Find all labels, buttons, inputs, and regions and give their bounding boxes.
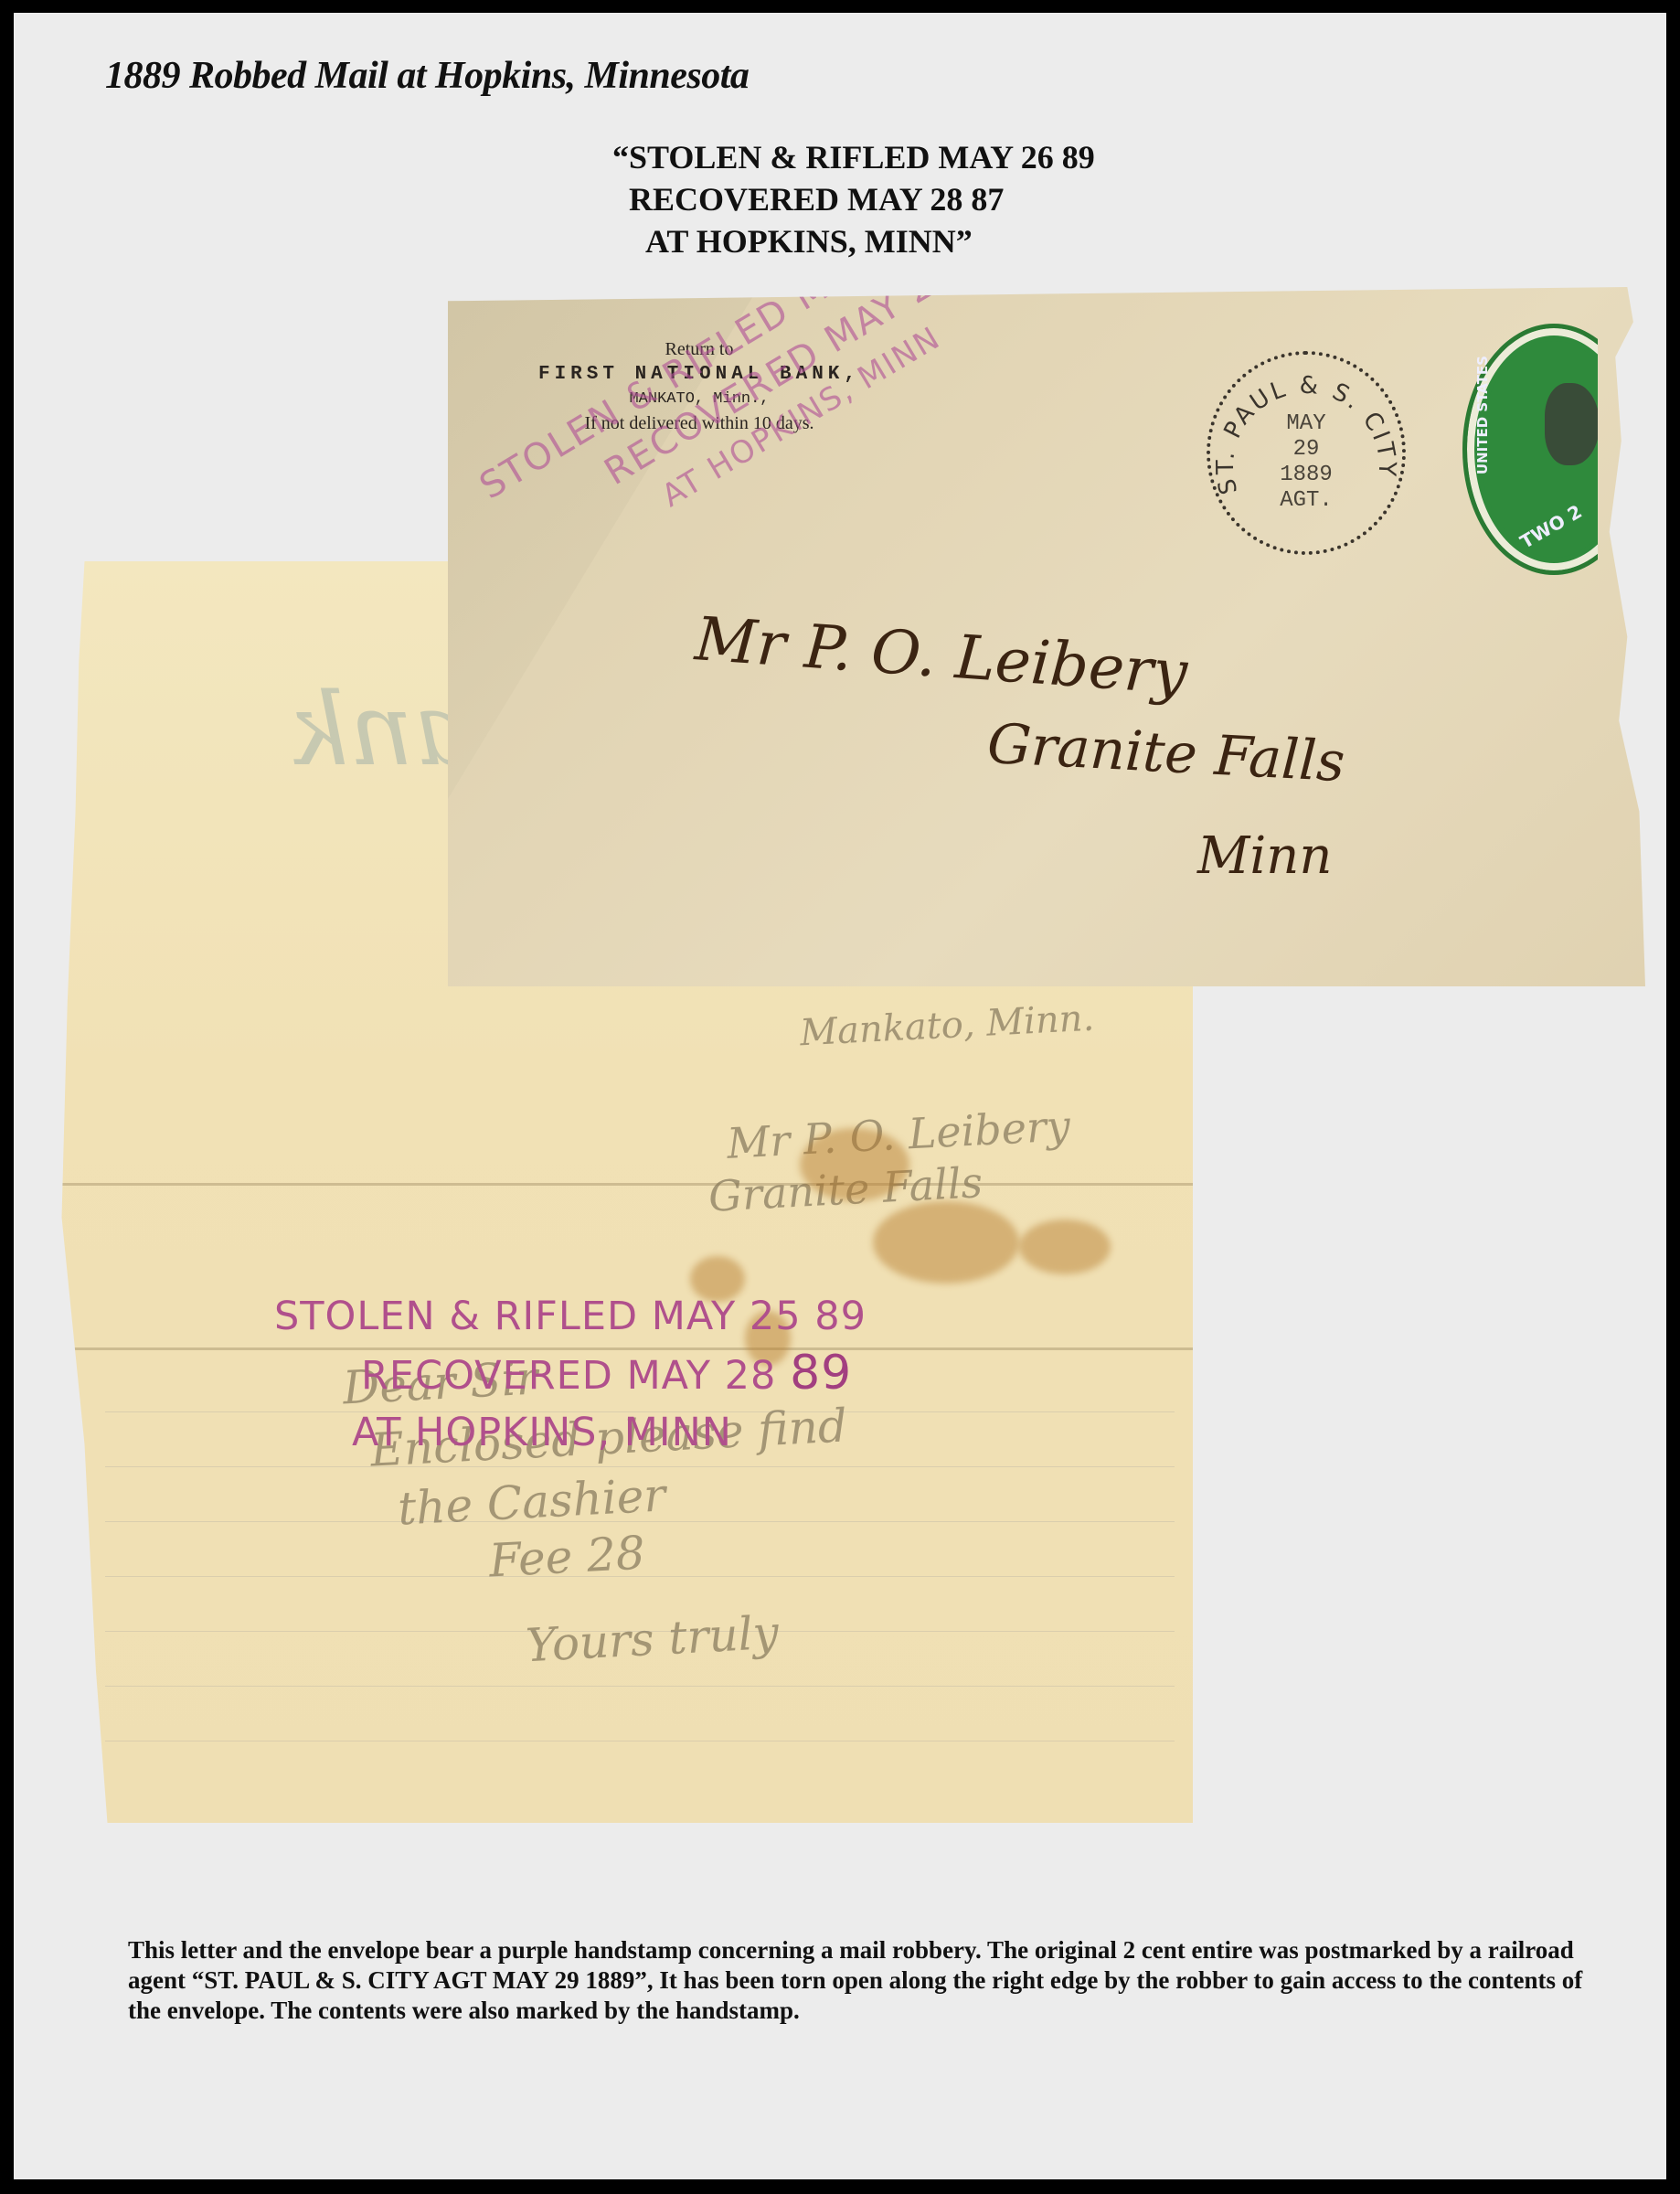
envelope: Return to FIRST NATIONAL BANK, MANKATO, … [448, 287, 1645, 986]
handstamp-line-1: STOLEN & RIFLED MAY 25 [274, 1294, 802, 1339]
foxing-stain [1019, 1219, 1111, 1274]
ruled-line [105, 1466, 1175, 1467]
letter-script-line: Mankato, Minn. [799, 997, 1095, 1055]
ruled-line [105, 1631, 1175, 1632]
postmark-month: MAY [1210, 411, 1402, 437]
quote-line-1: “STOLEN & RIFLED MAY 26 89 [612, 136, 1095, 178]
ruled-line [105, 1576, 1175, 1577]
letter-script-line: Fee 28 [488, 1527, 646, 1588]
postmark-agent: AGT. [1210, 488, 1402, 514]
foxing-stain [800, 1128, 909, 1201]
postmark-year: 1889 [1210, 463, 1402, 488]
page-title: 1889 Robbed Mail at Hopkins, Minnesota [105, 54, 749, 98]
exhibit-description: This letter and the envelope bear a purp… [128, 1935, 1590, 2026]
handstamp-year-2: 89 [790, 1346, 852, 1401]
recipient-city: Granite Falls [985, 712, 1346, 794]
exhibit-page: 1889 Robbed Mail at Hopkins, Minnesota “… [14, 13, 1666, 2179]
indicia-value: TWO 2 [1516, 500, 1586, 553]
quote-line-3: AT HOPKINS, MINN” [612, 220, 1095, 262]
letter-handstamp: STOLEN & RIFLED MAY 25 89 RECOVERED MAY … [274, 1288, 867, 1461]
handstamp-line-3: AT HOPKINS, MINN [274, 1404, 867, 1461]
postmark-day: 29 [1210, 437, 1402, 463]
recipient-name: Mr P. O. Leibery [693, 603, 1190, 708]
railroad-postmark: ST. PAUL & S. CITY MAY 29 1889 AGT. [1207, 351, 1406, 555]
indicia-legend: UNITED STATES [1474, 356, 1491, 474]
postmark-date: MAY 29 1889 AGT. [1210, 411, 1402, 514]
handstamp-year-1: 89 [814, 1294, 867, 1339]
ruled-line [105, 1521, 1175, 1522]
foxing-stain [873, 1201, 1019, 1283]
stamped-indicia: UNITED STATES TWO 2 [1462, 324, 1645, 575]
fold-line [50, 1183, 1193, 1186]
letter-script-line: Yours truly [525, 1606, 781, 1672]
ruled-line [105, 1741, 1175, 1741]
letter-script-line: ​ [122, 945, 124, 1000]
recipient-state: Minn [1197, 826, 1332, 886]
quote-line-2: RECOVERED MAY 28 87 [612, 178, 1095, 220]
letter-script-line: the Cashier [397, 1468, 667, 1535]
ruled-line [105, 1686, 1175, 1687]
handstamp-transcription: “STOLEN & RIFLED MAY 26 89 RECOVERED MAY… [612, 136, 1095, 262]
profile-head-icon [1545, 383, 1600, 465]
handstamp-line-2: RECOVERED MAY 28 [361, 1353, 776, 1399]
